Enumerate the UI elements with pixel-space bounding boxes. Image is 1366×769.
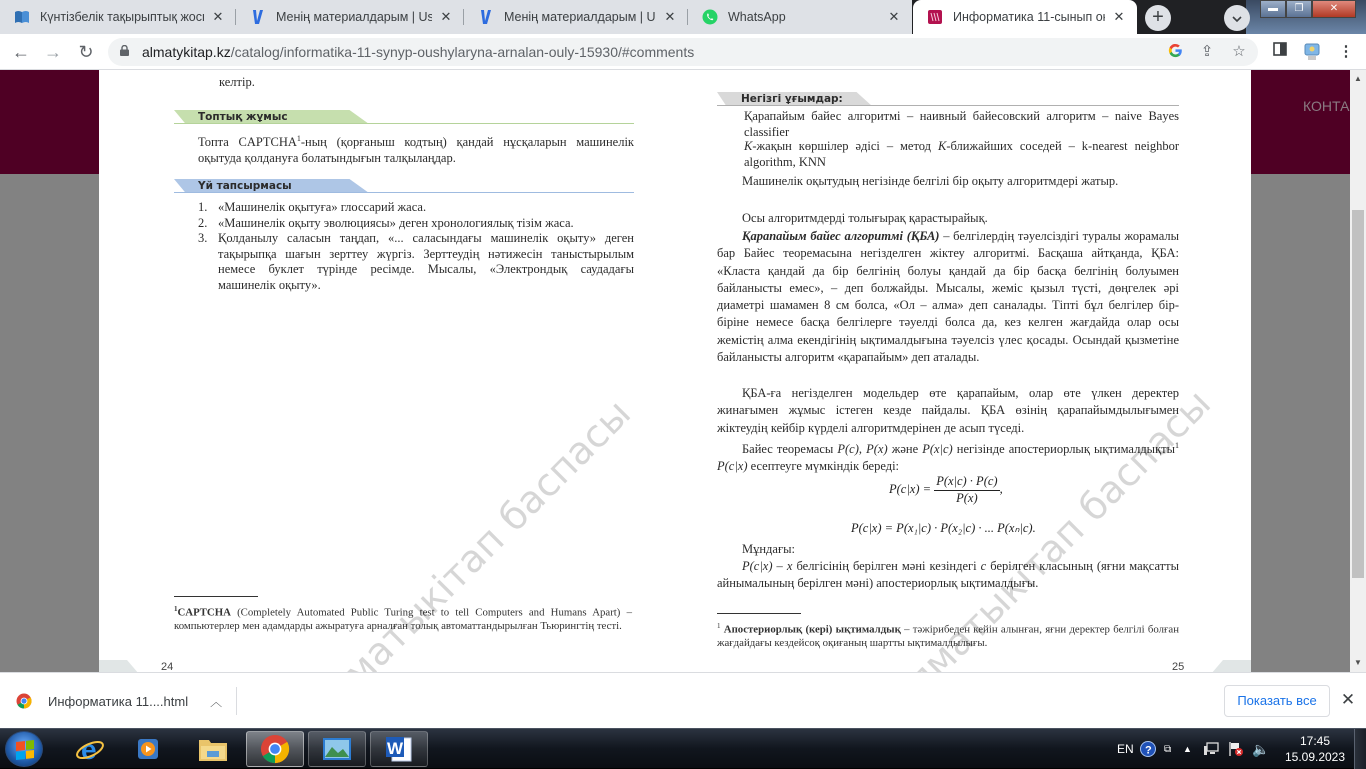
share-icon[interactable]: ⇪ <box>1198 43 1216 61</box>
tab-search-chevron-icon[interactable] <box>1224 5 1250 31</box>
tab-informatika-active[interactable]: Информатика 11-сынып оқул ✕ <box>913 0 1137 34</box>
help-icon[interactable]: ? <box>1140 729 1156 768</box>
paragraph-models: ҚБА-ға негізделген модельдер өте қарапай… <box>717 385 1179 437</box>
language-bar-icon[interactable]: ⧉ <box>1164 729 1171 768</box>
chevron-up-icon[interactable]: ︿ <box>210 693 222 710</box>
paragraph-definition: P(c|x) – x белгісінің берілген мәні кезі… <box>717 558 1179 593</box>
section-homework: Үй тапсырмасы <box>174 179 634 194</box>
whatsapp-icon <box>702 9 718 25</box>
language-indicator[interactable]: EN <box>1117 729 1134 768</box>
taskbar-word[interactable]: W <box>370 731 428 767</box>
paragraph-intro: Машинелік оқытудың негізінде белгілі бір… <box>717 174 1179 190</box>
google-lens-icon[interactable] <box>1166 43 1184 61</box>
scroll-down-arrow-icon[interactable]: ▼ <box>1350 656 1366 670</box>
page-number-tab-right <box>1211 660 1251 672</box>
windows-logo-icon <box>16 740 34 760</box>
taskbar-internet-explorer[interactable]: e <box>61 731 119 767</box>
volume-icon[interactable]: 🔈 <box>1252 729 1269 768</box>
tab-close-icon[interactable]: ✕ <box>886 9 902 25</box>
folder-icon <box>197 735 229 763</box>
footnote-aposteriori: 1 Апостериорлық (кері) ықтималдық – тәжі… <box>717 620 1179 651</box>
tab-title: Менің материалдарым | Ustaz <box>276 10 432 24</box>
media-player-icon <box>135 736 161 762</box>
windows-taskbar: e W EN ? ⧉ ▲ 🔈 17:4515.09.2023 <box>0 728 1366 768</box>
section-rule <box>717 105 1179 106</box>
page-number-left: 24 <box>161 661 173 672</box>
internet-explorer-icon: e <box>75 734 105 764</box>
chrome-file-icon <box>16 693 32 709</box>
formula-naive-product: P(c|x) = P(x₁|c) · P(x₂|c) · ... P(xₙ|c)… <box>851 521 1036 537</box>
taskbar-explorer[interactable] <box>184 731 242 767</box>
show-desktop-button[interactable] <box>1354 729 1366 768</box>
browser-tab-strip: Күнтізбелік тақырыптық жосп ✕ Менің мате… <box>0 0 1366 34</box>
tab-title: WhatsApp <box>728 10 880 24</box>
section-heading: Топтық жұмыс <box>174 110 369 124</box>
download-item[interactable]: Информатика 11....html ︿ <box>16 689 222 713</box>
chrome-menu-icon[interactable]: ⋮ <box>1336 42 1356 62</box>
download-file-name: Информатика 11....html <box>48 694 188 709</box>
ustaz-logo-icon <box>250 9 266 25</box>
section-key-terms: Негізгі ұғымдар: <box>717 92 1179 107</box>
cut-off-line: ━━ ━━━━━ ━━━━━━ ━━━━━━ ━━━━━━━━━ ━━━━━━━… <box>219 70 629 71</box>
footnote-rule <box>174 596 258 597</box>
side-panel-icon[interactable] <box>1270 42 1290 62</box>
section-group-work: Топтық жұмыс <box>174 110 634 125</box>
tab-title: Информатика 11-сынып оқул <box>953 10 1105 24</box>
book-icon <box>14 9 30 25</box>
tab-close-icon[interactable]: ✕ <box>662 9 678 25</box>
tab-title: Күнтізбелік тақырыптық жосп <box>40 10 204 24</box>
network-icon[interactable] <box>1203 729 1219 768</box>
taskbar-photo-viewer[interactable] <box>308 731 366 767</box>
restore-button[interactable]: ❐ <box>1286 0 1312 18</box>
section-rule <box>174 192 634 193</box>
back-arrow-icon[interactable]: ← <box>9 40 33 64</box>
scrollbar-thumb[interactable] <box>1352 210 1364 578</box>
formula-bayes: P(c|x) = P(x|c) · P(c)P(x), <box>889 474 1003 506</box>
clock-date: 15.09.2023 <box>1283 749 1347 765</box>
reload-icon[interactable]: ↻ <box>74 40 98 64</box>
minimize-button[interactable]: ▬ <box>1260 0 1286 18</box>
page-scrollbar[interactable]: ▲ ▼ <box>1350 70 1366 672</box>
footnote-captcha: 1CAPTCHA (Completely Automated Public Tu… <box>174 603 632 634</box>
ustaz-logo-icon <box>478 9 494 25</box>
page-viewport: КОНТА ━━ ━━━━━ ━━━━━━ ━━━━━━ ━━━━━━━━━ ━… <box>0 70 1366 672</box>
tab-close-icon[interactable]: ✕ <box>438 9 454 25</box>
list-item: 3.Қолданылу саласын таңдап, «... саласын… <box>198 231 634 293</box>
download-separator <box>236 687 237 715</box>
taskbar-chrome[interactable] <box>246 731 304 767</box>
new-tab-button[interactable]: + <box>1145 5 1171 31</box>
key-term-naive-bayes: Қарапайым байес алгоритмі – наивный байе… <box>744 109 1179 140</box>
tab-close-icon[interactable]: ✕ <box>210 9 226 25</box>
paragraph-bayes-theorem: Байес теоремасы P(c), P(x) және P(x|c) н… <box>717 437 1179 476</box>
url-path: /catalog/informatika-11-synyp-oushylaryn… <box>231 44 695 60</box>
scroll-up-arrow-icon[interactable]: ▲ <box>1350 72 1366 86</box>
section-heading: Үй тапсырмасы <box>174 179 369 193</box>
group-work-text: Топта CAPTCHA1-ның (қорғаныш кодтың) қан… <box>198 131 634 166</box>
svg-text:W: W <box>387 739 404 758</box>
tab-ustaz-1[interactable]: Менің материалдарым | Ustaz ✕ <box>236 0 464 34</box>
tab-whatsapp[interactable]: WhatsApp ✕ <box>688 0 912 34</box>
clock-time: 17:45 <box>1283 733 1347 749</box>
lock-icon <box>120 45 129 56</box>
key-term-knn: K-жақын көршілер әдісі – метод K-ближайш… <box>744 139 1179 170</box>
url-domain: almatykitap.kz <box>142 44 231 60</box>
almatykitap-icon <box>927 9 943 25</box>
window-controls: ▬ ❐ ✕ <box>1260 0 1356 18</box>
window-close-button[interactable]: ✕ <box>1312 0 1356 18</box>
book-spread-viewer: ━━ ━━━━━ ━━━━━━ ━━━━━━ ━━━━━━━━━ ━━━━━━━… <box>99 70 1251 672</box>
address-bar[interactable]: almatykitap.kz/catalog/informatika-11-sy… <box>108 38 1258 66</box>
word-icon: W <box>384 735 414 763</box>
system-clock[interactable]: 17:4515.09.2023 <box>1283 733 1347 765</box>
nav-link-contacts[interactable]: КОНТА <box>1303 98 1349 114</box>
footnote-rule <box>717 613 801 614</box>
paragraph-consider: Осы алгоритмдерді толығырақ қарастырайық… <box>717 211 1179 227</box>
taskbar-media-player[interactable] <box>119 731 177 767</box>
section-heading: Негізгі ұғымдар: <box>717 92 872 106</box>
start-button[interactable] <box>5 731 43 767</box>
show-all-downloads-button[interactable]: Показать все <box>1224 685 1330 717</box>
page-number-tab-left <box>99 660 139 672</box>
tab-kuntizbelik[interactable]: Күнтізбелік тақырыптық жосп ✕ <box>0 0 236 34</box>
action-center-flag-icon[interactable] <box>1228 729 1244 768</box>
list-item: 1.«Машинелік оқытуға» глоссарий жаса. <box>198 200 634 216</box>
list-item: 2.«Машинелік оқыту эволюциясы» деген хро… <box>198 216 634 232</box>
show-hidden-icons-arrow-icon[interactable]: ▲ <box>1183 729 1192 768</box>
where-label: Мұндағы: <box>717 541 1179 558</box>
svg-text:e: e <box>81 734 97 764</box>
close-download-bar-icon[interactable]: ✕ <box>1339 689 1357 711</box>
forward-arrow-icon[interactable]: → <box>41 40 65 64</box>
photo-viewer-icon <box>322 737 352 761</box>
continued-text: келтір. <box>219 75 255 91</box>
url-text[interactable]: almatykitap.kz/catalog/informatika-11-sy… <box>142 44 694 60</box>
cut-off-line: ━━━━━━━━ ━━━━━ ━━━ ━━━━━━━━━ ━━━━━━━ ━━━… <box>747 70 1177 71</box>
tab-ustaz-2[interactable]: Менің материалдарым | Ustaz ✕ <box>464 0 688 34</box>
browser-toolbar: ← → ↻ almatykitap.kz/catalog/informatika… <box>0 34 1366 70</box>
paragraph-naive-bayes: Қарапайым байес алгоритмі (ҚБА) – белгіл… <box>717 228 1179 366</box>
tab-close-icon[interactable]: ✕ <box>1111 9 1127 25</box>
bookmark-star-icon[interactable]: ☆ <box>1230 43 1248 61</box>
profile-avatar[interactable] <box>1302 42 1322 62</box>
svg-text:?: ? <box>1145 745 1152 757</box>
download-bar: Информатика 11....html ︿ Показать все ✕ <box>0 672 1366 728</box>
page-number-right: 25 <box>1172 661 1184 672</box>
homework-list: 1.«Машинелік оқытуға» глоссарий жаса. 2.… <box>198 200 634 293</box>
section-rule <box>174 123 634 124</box>
chrome-icon <box>260 734 290 764</box>
tab-title: Менің материалдарым | Ustaz <box>504 10 656 24</box>
